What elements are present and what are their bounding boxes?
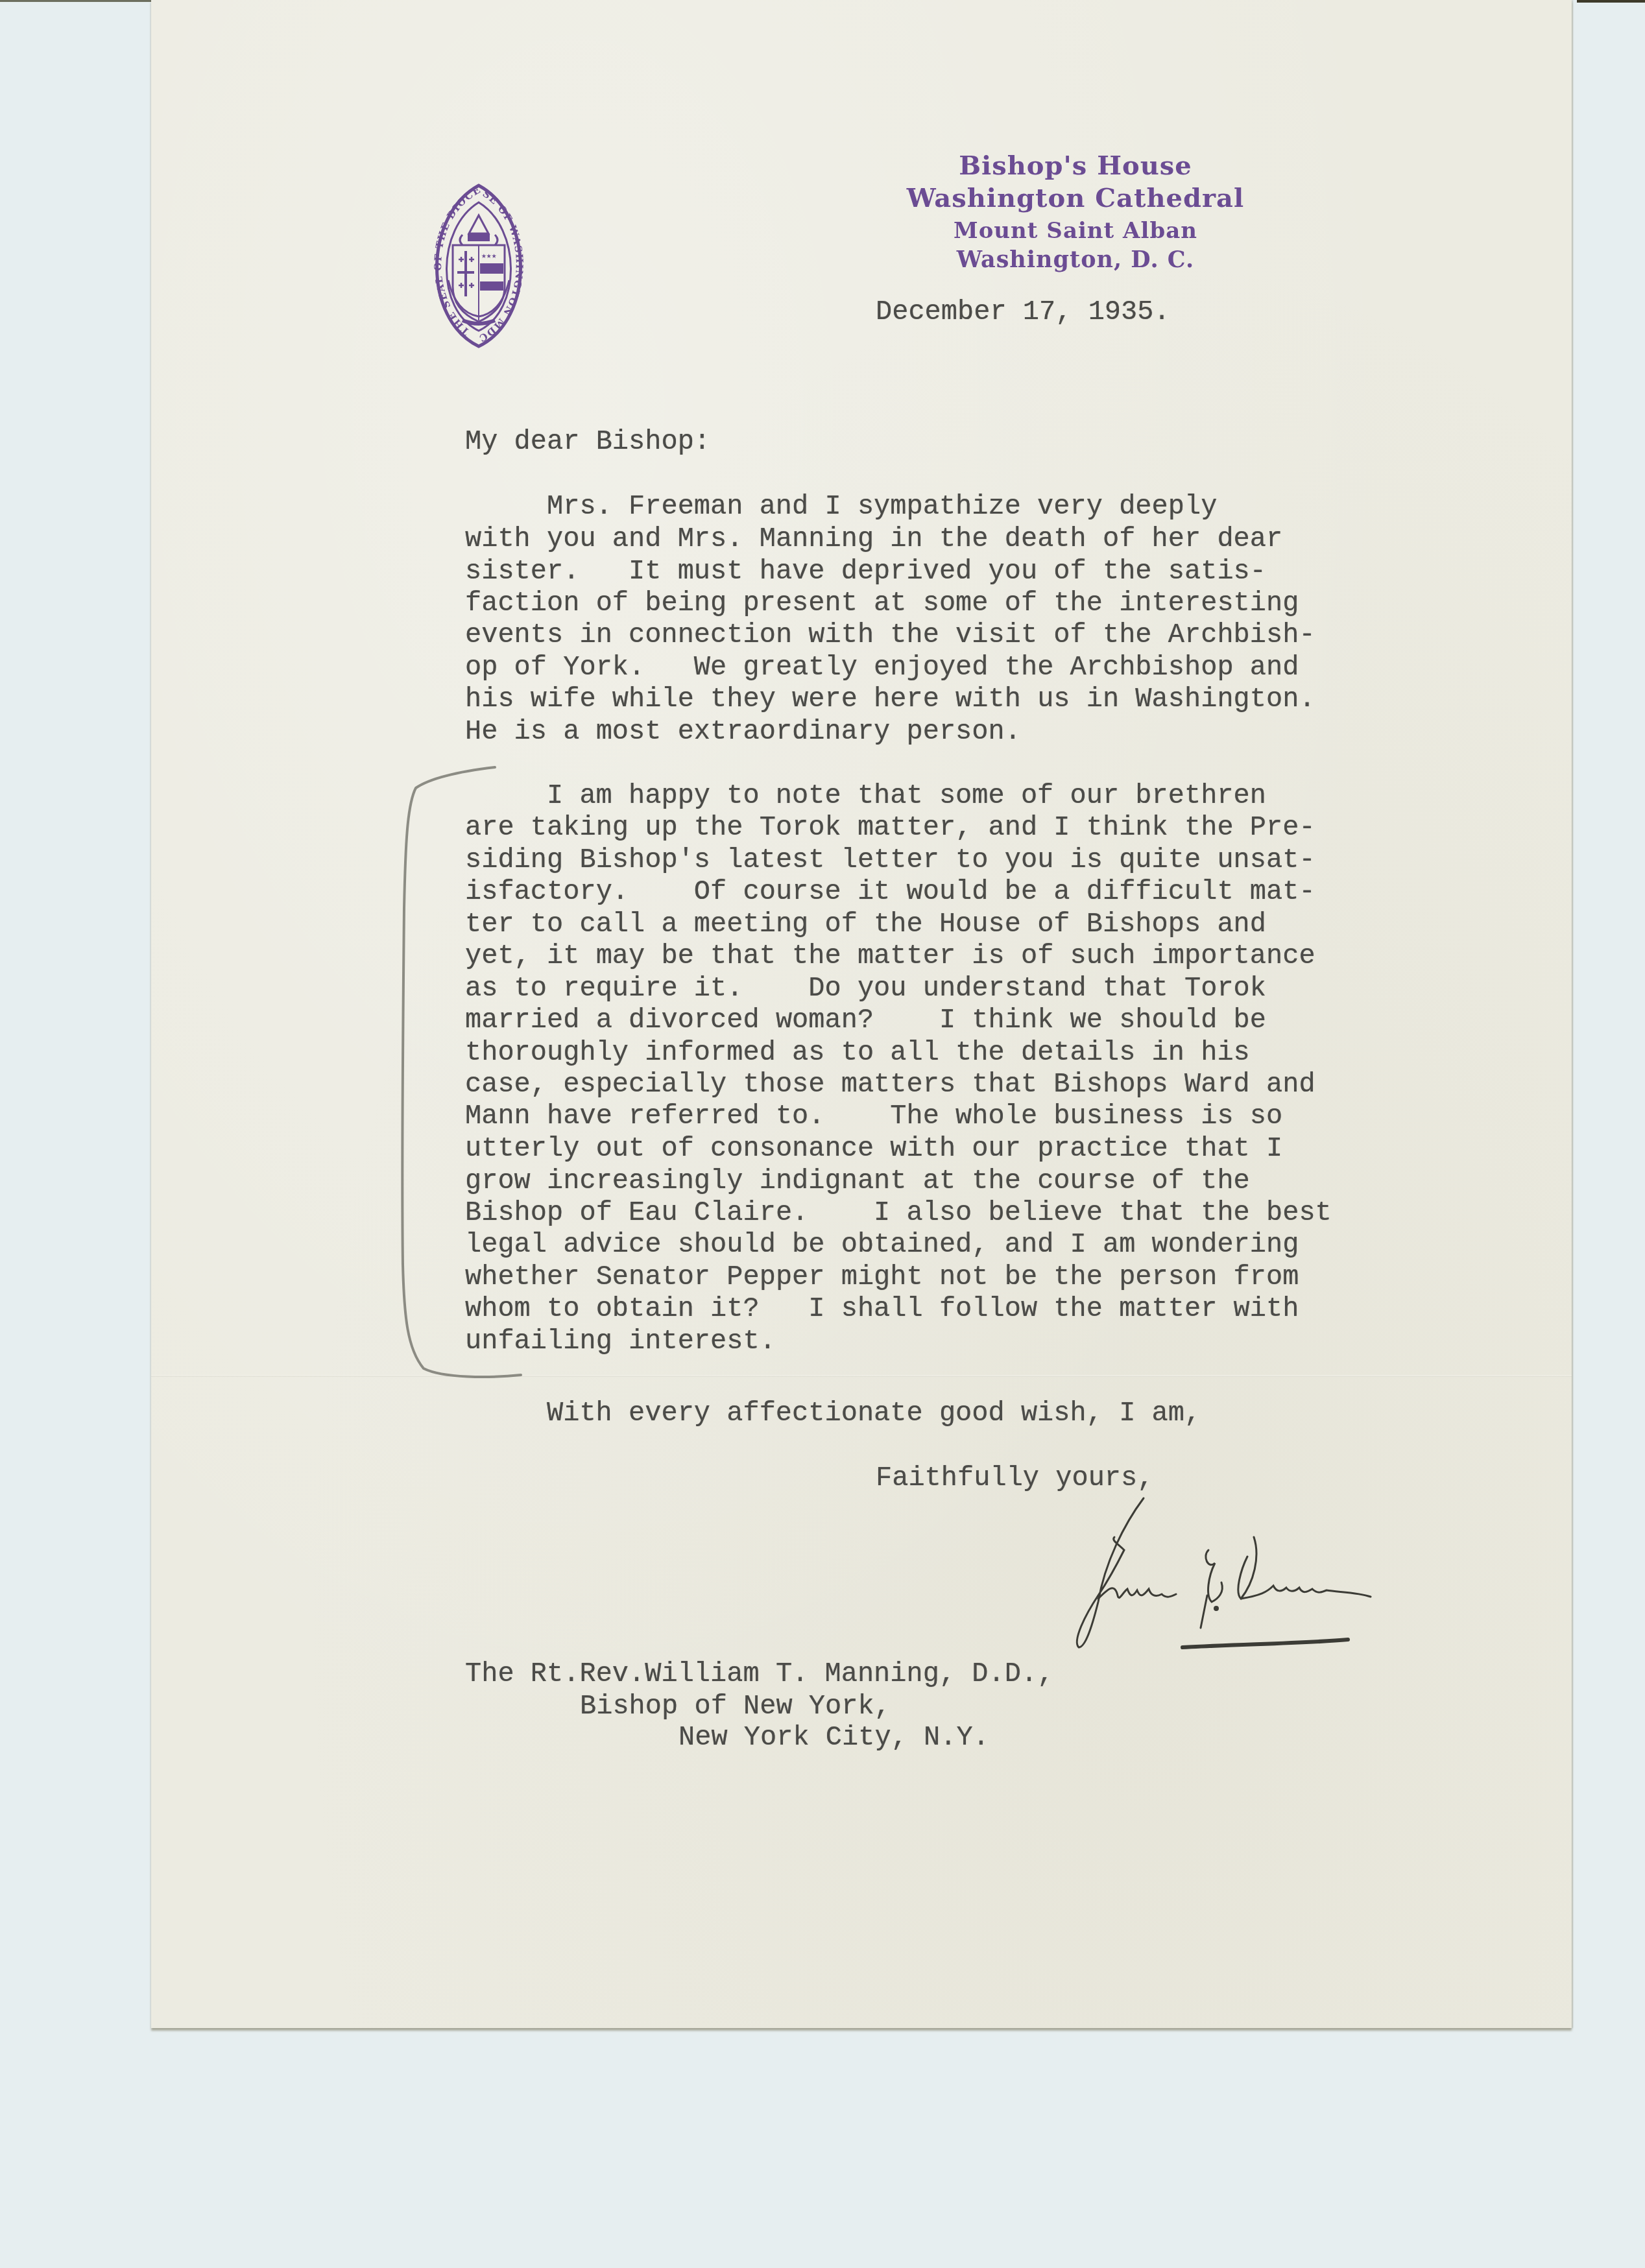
body-line: unfailing interest. (465, 1328, 776, 1355)
body-line: utterly out of consonance with our pract… (465, 1135, 1282, 1162)
diocese-seal-icon: THE SEAL OF THE DIOCESE OF WASHINGTON MD… (417, 183, 540, 349)
body-line: faction of being present at some of the … (465, 590, 1299, 617)
body-line: are taking up the Torok matter, and I th… (465, 814, 1315, 841)
svg-text:★★★: ★★★ (481, 251, 497, 261)
body-line: thoroughly informed as to all the detail… (465, 1039, 1250, 1066)
body-line: with you and Mrs. Manning in the death o… (465, 525, 1282, 553)
body-line: yet, it may be that the matter is of suc… (465, 942, 1315, 970)
body-line: isfactory. Of course it would be a diffi… (465, 878, 1315, 905)
letter-date: December 17, 1935. (876, 298, 1170, 326)
body-line: as to require it. Do you understand that… (465, 975, 1266, 1002)
body-line: op of York. We greatly enjoyed the Archb… (465, 654, 1299, 681)
body-line: sister. It must have deprived you of the… (465, 558, 1266, 585)
body-line: Bishop of Eau Claire. I also believe tha… (465, 1199, 1332, 1226)
letterhead-line-bishops-house: Bishop's House (865, 150, 1286, 181)
addressee-city: New York City, N.Y. (678, 1724, 989, 1751)
body-line: He is a most extraordinary person. (465, 718, 1021, 745)
body-line: whether Senator Pepper might not be the … (465, 1263, 1299, 1291)
body-line: his wife while they were here with us in… (465, 686, 1315, 713)
addressee-name: The Rt.Rev.William T. Manning, D.D., (465, 1660, 1053, 1688)
letter-page: THE SEAL OF THE DIOCESE OF WASHINGTON MD… (151, 0, 1572, 2028)
body-line: legal advice should be obtained, and I a… (465, 1231, 1299, 1258)
scan-edge (0, 0, 151, 2)
salutation: My dear Bishop: (465, 428, 710, 455)
addressee-title: Bishop of New York, (580, 1693, 891, 1720)
letterhead-line-mount-saint-alban: Mount Saint Alban (865, 218, 1286, 244)
letterhead-line-cathedral: Washington Cathedral (865, 183, 1286, 213)
handwritten-signature (1046, 1485, 1513, 1654)
closing-line: With every affectionate good wish, I am, (547, 1400, 1201, 1427)
letterhead-line-city: Washington, D. C. (865, 246, 1286, 273)
body-line: siding Bishop's latest letter to you is … (465, 846, 1315, 874)
body-line: case, especially those matters that Bish… (465, 1071, 1315, 1098)
body-line: Mrs. Freeman and I sympathize very deepl… (547, 493, 1217, 520)
paper-fold-line (151, 1375, 1572, 1377)
body-line: Mann have referred to. The whole busines… (465, 1103, 1282, 1130)
body-line: I am happy to note that some of our bret… (547, 782, 1266, 809)
body-line: grow increasingly indignant at the cours… (465, 1167, 1250, 1195)
body-line: events in connection with the visit of t… (465, 621, 1315, 649)
body-line: whom to obtain it? I shall follow the ma… (465, 1295, 1299, 1322)
body-line: ter to call a meeting of the House of Bi… (465, 911, 1266, 938)
scan-edge (1577, 0, 1645, 3)
body-line: married a divorced woman? I think we sho… (465, 1007, 1266, 1034)
